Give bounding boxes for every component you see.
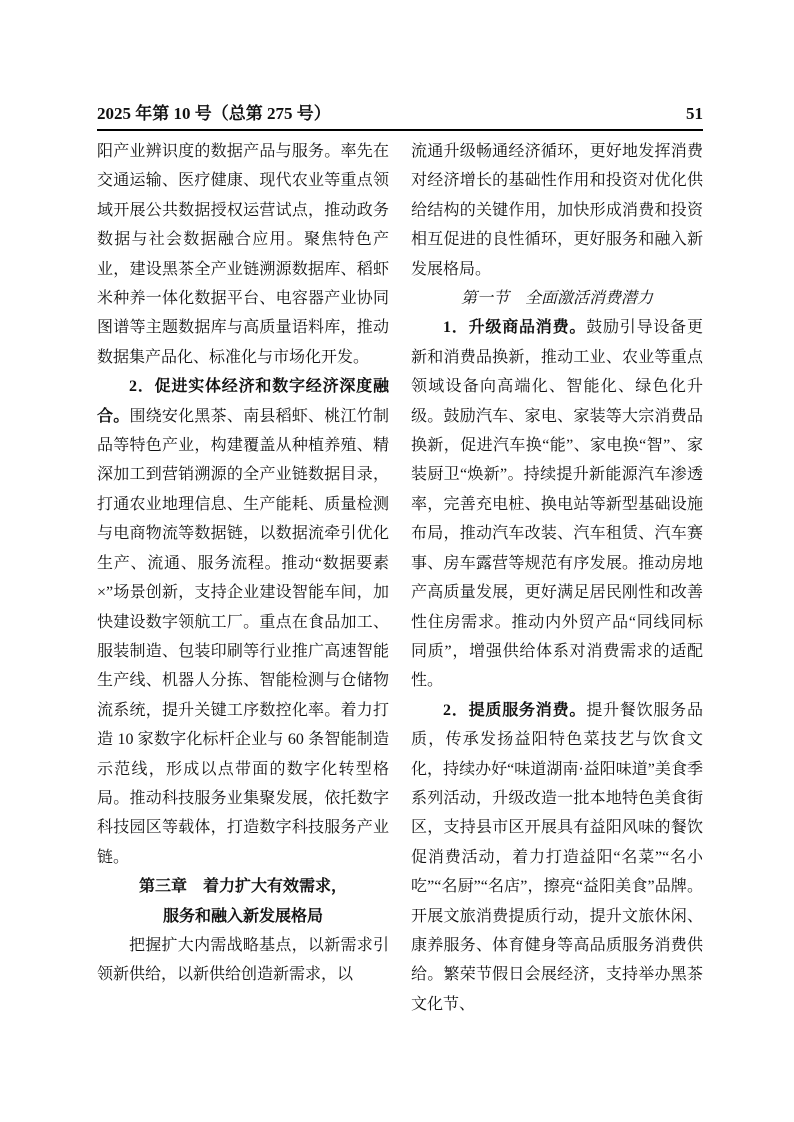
page-header: 2025 年第 10 号（总第 275 号） 51: [97, 103, 703, 131]
section-1-heading-line: 第一节 全面激活消费潜力: [411, 284, 703, 313]
bold-lead-run: 1．升级商品消费。: [443, 319, 586, 336]
paragraph-item-1-goods-consumption: 1．升级商品消费。鼓励引导设备更新和消费品换新，推动工业、农业等重点领域设备向高…: [411, 313, 703, 695]
paragraph-data-products-continued: 阳产业辨识度的数据产品与服务。率先在交通运输、医疗健康、现代农业等重点领域开展公…: [97, 137, 389, 372]
text-run: 流通升级畅通经济循环，更好地发挥消费对经济增长的基础性作用和投资对优化供给结构的…: [411, 143, 703, 278]
left-column: 阳产业辨识度的数据产品与服务。率先在交通运输、医疗健康、现代农业等重点领域开展公…: [97, 137, 389, 1019]
chapter-3-heading: 第三章 着力扩大有效需求，服务和融入新发展格局: [97, 872, 389, 931]
paragraph-item-2-digital-economy: 2．促进实体经济和数字经济深度融合。围绕安化黑茶、南县稻虾、桃江竹制品等特色产业…: [97, 372, 389, 872]
section-1-heading: 第一节 全面激活消费潜力: [411, 284, 703, 313]
gazette-page: 2025 年第 10 号（总第 275 号） 51 阳产业辨识度的数据产品与服务…: [0, 0, 794, 1122]
text-run: 阳产业辨识度的数据产品与服务。率先在交通运输、医疗健康、现代农业等重点领域开展公…: [97, 143, 389, 366]
text-run: 把握扩大内需战略基点，以新需求引领新供给，以新供给创造新需求，以: [97, 937, 389, 983]
body-columns: 阳产业辨识度的数据产品与服务。率先在交通运输、医疗健康、现代农业等重点领域开展公…: [97, 137, 703, 1019]
paragraph-item-2-service-consumption: 2．提质服务消费。提升餐饮服务品质，传承发扬益阳特色菜技艺与饮食文化，持续办好“…: [411, 696, 703, 1019]
paragraph-chapter-3-opening: 把握扩大内需战略基点，以新需求引领新供给，以新供给创造新需求，以: [97, 931, 389, 990]
bold-lead-run: 2．提质服务消费。: [443, 702, 586, 719]
paragraph-circulation-continued: 流通升级畅通经济循环，更好地发挥消费对经济增长的基础性作用和投资对优化供给结构的…: [411, 137, 703, 284]
text-run: 提升餐饮服务品质，传承发扬益阳特色菜技艺与饮食文化，持续办好“味道湖南·益阳味道…: [411, 702, 703, 1013]
issue-number: 2025 年第 10 号（总第 275 号）: [97, 103, 331, 125]
page-number: 51: [686, 103, 703, 125]
chapter-3-heading-line: 第三章 着力扩大有效需求，: [97, 872, 389, 901]
chapter-3-heading-line: 服务和融入新发展格局: [97, 902, 389, 931]
text-run: 围绕安化黑茶、南县稻虾、桃江竹制品等特色产业，构建覆盖从种植养殖、精深加工到营销…: [97, 408, 389, 866]
text-run: 鼓励引导设备更新和消费品换新，推动工业、农业等重点领域设备向高端化、智能化、绿色…: [411, 319, 703, 689]
right-column: 流通升级畅通经济循环，更好地发挥消费对经济增长的基础性作用和投资对优化供给结构的…: [411, 137, 703, 1019]
